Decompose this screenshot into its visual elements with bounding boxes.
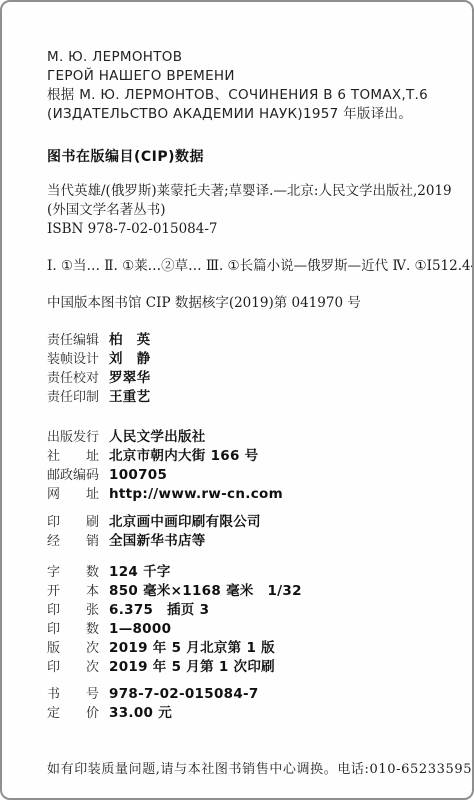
staff-value: 王重艺 [109, 388, 150, 407]
colophon-group-specs: 字 数 124 千字 开 本 850 毫米×1168 毫米 1/32 印 张 6… [47, 563, 450, 677]
staff-label: 责任校对 [47, 369, 109, 388]
colophon-row: 印 张 6.375 插页 3 [47, 601, 450, 620]
colophon-value: 全国新华书店等 [109, 532, 206, 551]
staff-value: 刘 静 [109, 350, 150, 369]
colophon-value: 人民文学出版社 [109, 428, 206, 447]
colophon: 出版发行 人民文学出版社 社 址 北京市朝内大街 166 号 邮政编码 1007… [47, 428, 450, 723]
staff-label: 装帧设计 [47, 350, 109, 369]
source-note-line: (ИЗДАТЕЛЬСТВО АКАДЕМИИ НАУК)1957 年版译出。 [47, 105, 450, 124]
colophon-row: 印 次 2019 年 5 月第 1 次印刷 [47, 658, 450, 677]
colophon-label: 字 数 [47, 563, 109, 582]
colophon-row: 开 本 850 毫米×1168 毫米 1/32 [47, 582, 450, 601]
cip-heading: 图书在版编目(CIP)数据 [47, 146, 450, 166]
colophon-label: 邮政编码 [47, 466, 109, 485]
colophon-group-price: 书 号 978-7-02-015084-7 定 价 33.00 元 [47, 685, 450, 723]
colophon-label: 印 张 [47, 601, 109, 620]
source-note-line: ГЕРОЙ НАШЕГО ВРЕМЕНИ [47, 67, 450, 86]
colophon-value: 北京画中画印刷有限公司 [109, 513, 261, 532]
colophon-label: 书 号 [47, 685, 109, 704]
staff-value: 罗翠华 [109, 369, 150, 388]
staff-row: 责任印制 王重艺 [47, 388, 450, 407]
cip-description-line: ISBN 978-7-02-015084-7 [47, 220, 450, 239]
colophon-label: 定 价 [47, 704, 109, 723]
staff-row: 责任校对 罗翠华 [47, 369, 450, 388]
staff-row: 责任编辑 柏 英 [47, 331, 450, 350]
colophon-row: 出版发行 人民文学出版社 [47, 428, 450, 447]
colophon-value: 978-7-02-015084-7 [109, 685, 259, 704]
colophon-row: 书 号 978-7-02-015084-7 [47, 685, 450, 704]
staff-row: 装帧设计 刘 静 [47, 350, 450, 369]
colophon-row: 版 次 2019 年 5 月北京第 1 版 [47, 639, 450, 658]
colophon-value: 1—8000 [109, 620, 171, 639]
colophon-value: 850 毫米×1168 毫米 1/32 [109, 582, 302, 601]
colophon-row: 字 数 124 千字 [47, 563, 450, 582]
cip-description: 当代英雄/(俄罗斯)莱蒙托夫著;草婴译.—北京:人民文学出版社,2019 (外国… [47, 182, 450, 239]
cip-classification: Ⅰ. ①当… Ⅱ. ①莱…②草… Ⅲ. ①长篇小说—俄罗斯—近代 Ⅳ. ①I51… [47, 254, 450, 274]
colophon-value: 北京市朝内大街 166 号 [109, 447, 258, 466]
colophon-group-publisher: 出版发行 人民文学出版社 社 址 北京市朝内大街 166 号 邮政编码 1007… [47, 428, 450, 504]
colophon-value: 100705 [109, 466, 167, 485]
colophon-row: 邮政编码 100705 [47, 466, 450, 485]
colophon-value: 6.375 插页 3 [109, 601, 209, 620]
colophon-label: 经 销 [47, 532, 109, 551]
colophon-row: 经 销 全国新华书店等 [47, 532, 450, 551]
copyright-page: М. Ю. ЛЕРМОНТОВ ГЕРОЙ НАШЕГО ВРЕМЕНИ 根据 … [0, 0, 474, 800]
footer-note: 如有印装质量问题,请与本社图书销售中心调换。电话:010-65233595 [47, 758, 450, 777]
colophon-label: 网 址 [47, 485, 109, 504]
colophon-label: 版 次 [47, 639, 109, 658]
colophon-label: 印 次 [47, 658, 109, 677]
source-note-line: 根据 М. Ю. ЛЕРМОНТОВ、СОЧИНЕНИЯ В 6 ТОМАХ,Т… [47, 86, 450, 105]
cip-record-number: 中国版本图书馆 CIP 数据核字(2019)第 041970 号 [47, 291, 450, 311]
colophon-value: http://www.rw-cn.com [109, 485, 283, 504]
staff-label: 责任编辑 [47, 331, 109, 350]
page-content: М. Ю. ЛЕРМОНТОВ ГЕРОЙ НАШЕГО ВРЕМЕНИ 根据 … [47, 48, 450, 777]
colophon-row: 印 数 1—8000 [47, 620, 450, 639]
staff-value: 柏 英 [109, 331, 150, 350]
colophon-value: 2019 年 5 月北京第 1 版 [109, 639, 275, 658]
staff-label: 责任印制 [47, 388, 109, 407]
colophon-row: 印 刷 北京画中画印刷有限公司 [47, 513, 450, 532]
colophon-label: 开 本 [47, 582, 109, 601]
colophon-label: 出版发行 [47, 428, 109, 447]
colophon-row: 定 价 33.00 元 [47, 704, 450, 723]
colophon-group-printing: 印 刷 北京画中画印刷有限公司 经 销 全国新华书店等 [47, 513, 450, 551]
colophon-value: 33.00 元 [109, 704, 172, 723]
colophon-value: 124 千字 [109, 563, 171, 582]
colophon-row: 社 址 北京市朝内大街 166 号 [47, 447, 450, 466]
colophon-row: 网 址 http://www.rw-cn.com [47, 485, 450, 504]
colophon-value: 2019 年 5 月第 1 次印刷 [109, 658, 275, 677]
colophon-label: 印 数 [47, 620, 109, 639]
source-note: М. Ю. ЛЕРМОНТОВ ГЕРОЙ НАШЕГО ВРЕМЕНИ 根据 … [47, 48, 450, 124]
staff-list: 责任编辑 柏 英 装帧设计 刘 静 责任校对 罗翠华 责任印制 王重艺 [47, 331, 450, 407]
source-note-line: М. Ю. ЛЕРМОНТОВ [47, 48, 450, 67]
cip-description-line: 当代英雄/(俄罗斯)莱蒙托夫著;草婴译.—北京:人民文学出版社,2019 [47, 182, 450, 201]
cip-description-line: (外国文学名著丛书) [47, 201, 450, 220]
colophon-label: 社 址 [47, 447, 109, 466]
colophon-label: 印 刷 [47, 513, 109, 532]
